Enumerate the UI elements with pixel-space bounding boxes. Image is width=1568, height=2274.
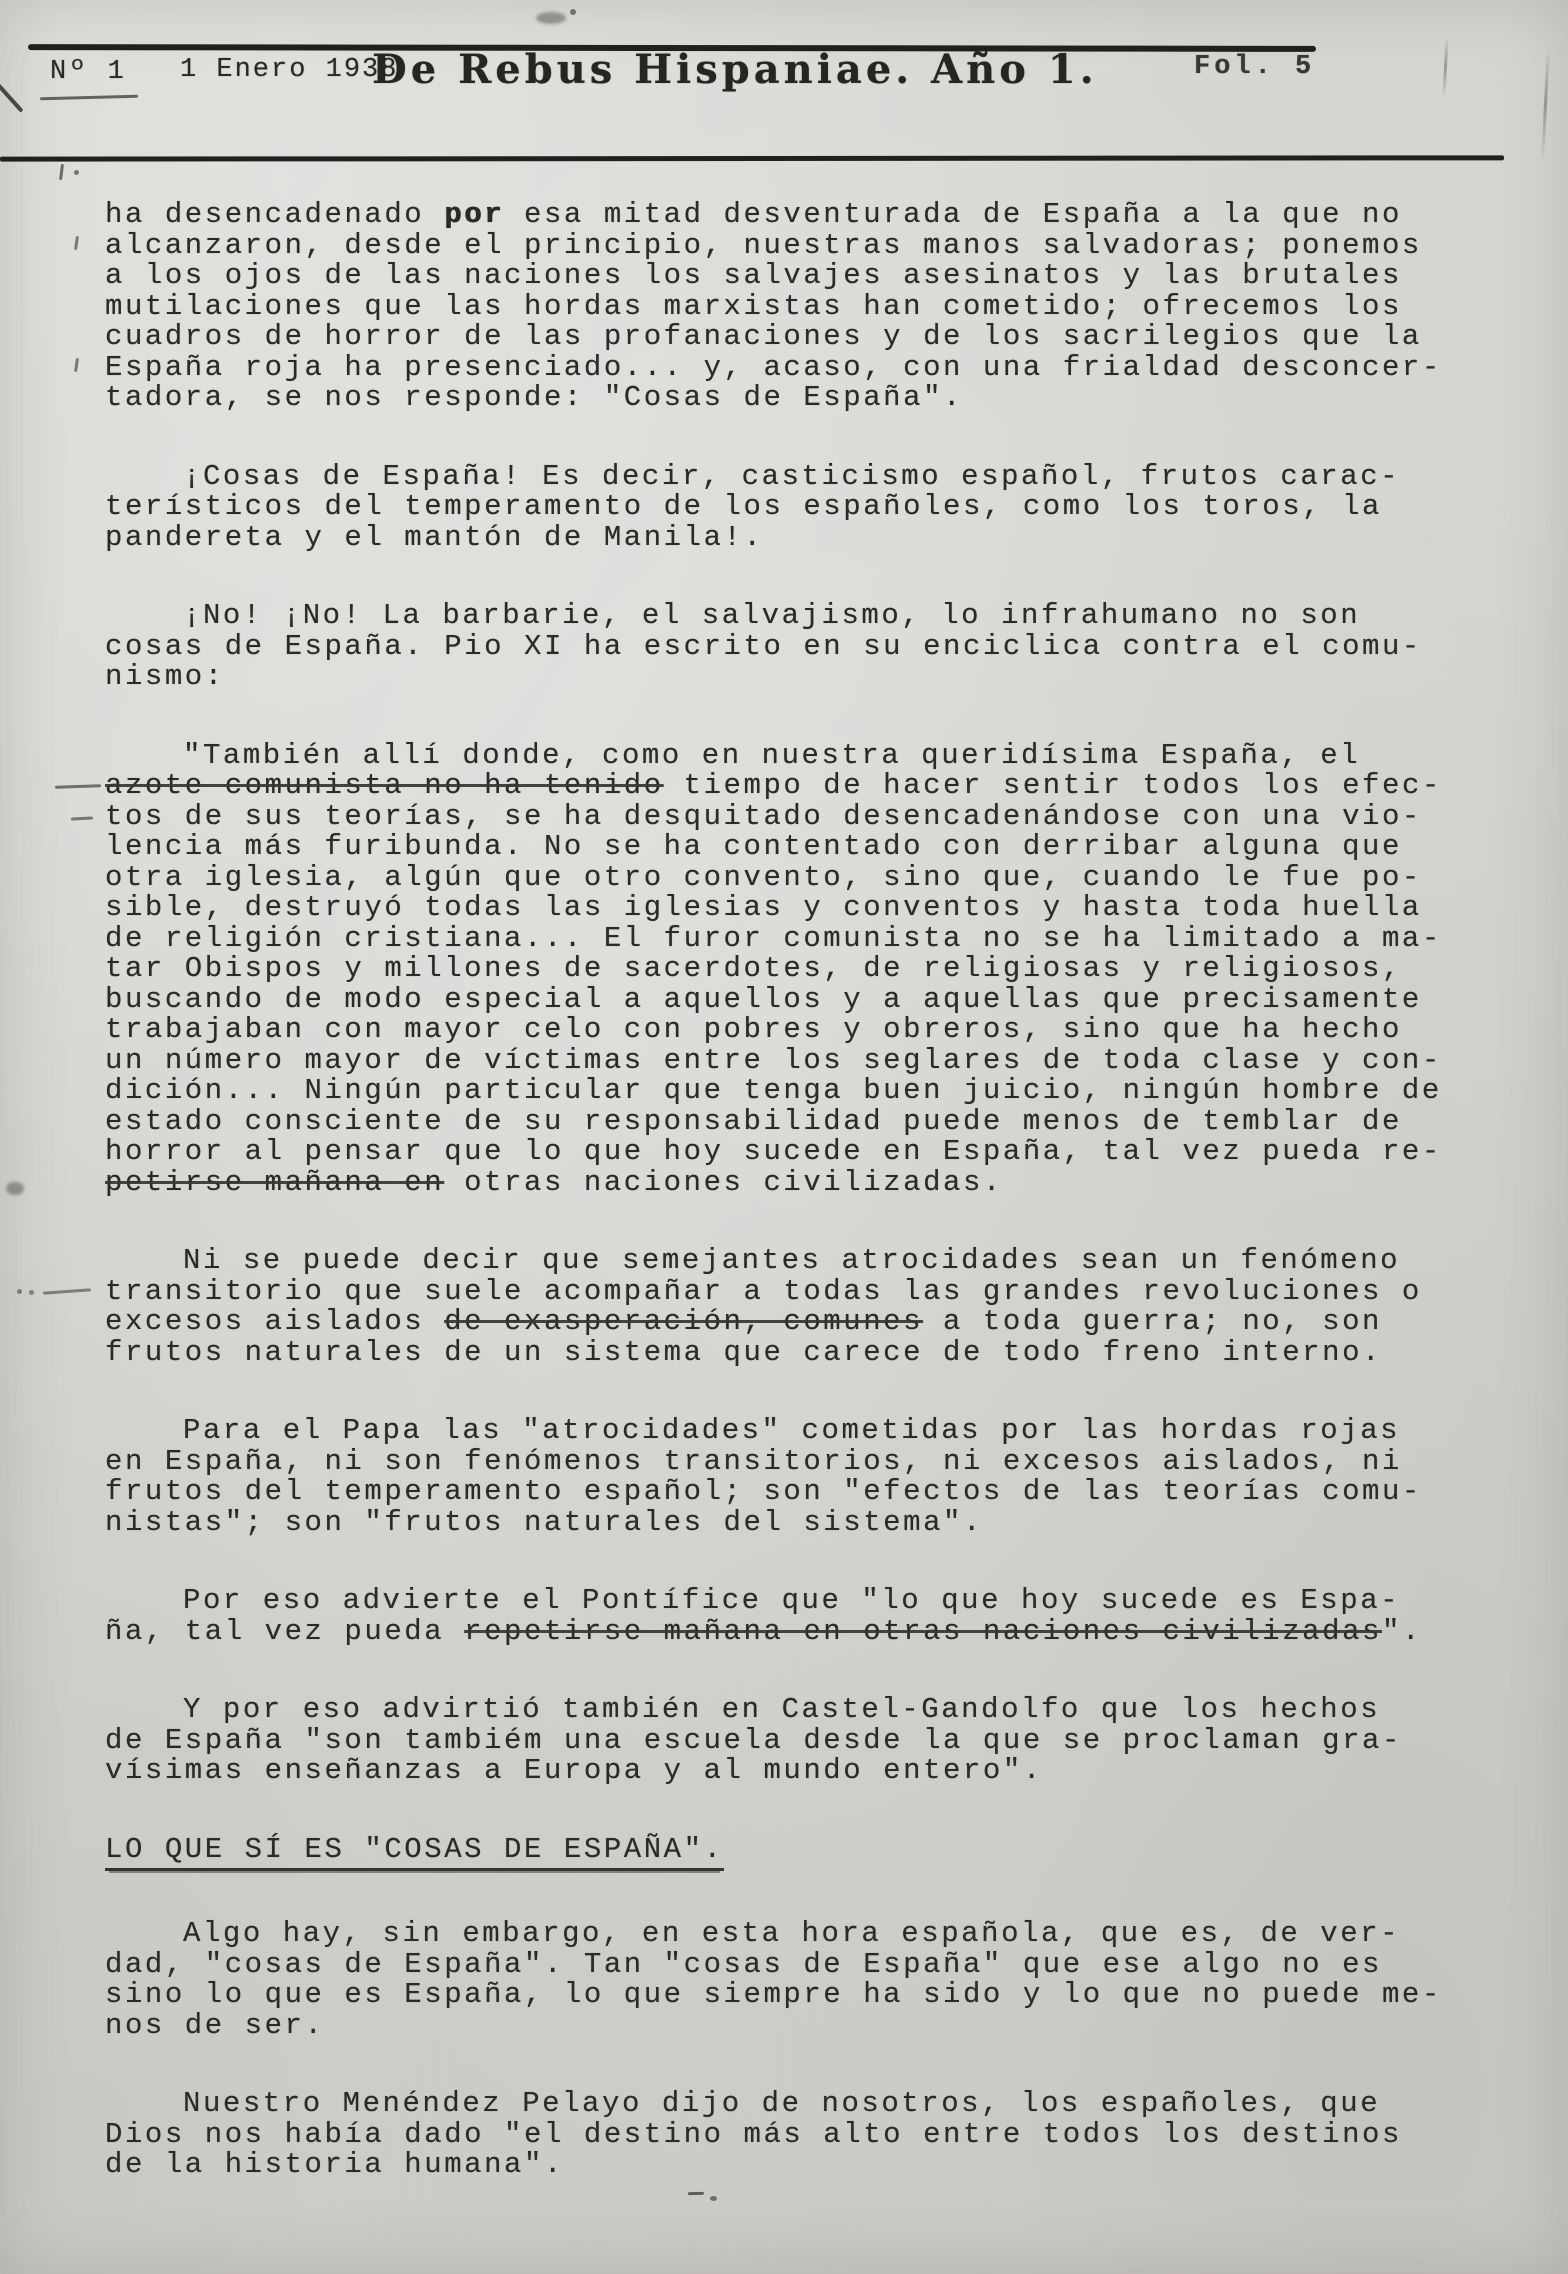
paragraph: Y por eso advirtió también en Castel-Gan… [105, 1695, 1490, 1787]
text-line: Y por eso advirtió también en Castel-Gan… [105, 1695, 1490, 1726]
paragraph: Nuestro Menéndez Pelayo dijo de nosotros… [105, 2089, 1490, 2181]
text-line: dición... Ningún particular que tenga bu… [105, 1076, 1490, 1107]
pencil-mark-crease [1442, 36, 1448, 98]
document-body: ha desencadenado por esa mitad desventur… [105, 200, 1490, 2229]
text-line: ¡Cosas de España! Es decir, casticismo e… [105, 462, 1490, 493]
text-line: de religión cristiana... El furor comuni… [105, 924, 1490, 955]
text-line: tadora, se nos responde: "Cosas de Españ… [105, 383, 1490, 414]
text-line: Ni se puede decir que semejantes atrocid… [105, 1246, 1490, 1277]
text-line: petirse mañana en otras naciones civiliz… [105, 1168, 1490, 1199]
issue-number: Nº 1 [50, 57, 127, 87]
text-line: pandereta y el mantón de Manila!. [105, 523, 1490, 554]
text-line: horror al pensar que lo que hoy sucede e… [105, 1137, 1490, 1168]
text-line: ¡No! ¡No! La barbarie, el salvajismo, lo… [105, 601, 1490, 632]
overinked-text: por [444, 198, 504, 231]
text-line: mutilaciones que las hordas marxistas ha… [105, 292, 1490, 323]
text-line: un número mayor de víctimas entre los se… [105, 1046, 1490, 1077]
pencil-mark-dot [74, 170, 79, 175]
text-line: ha desencadenado por esa mitad desventur… [105, 200, 1490, 231]
pencil-mark-smudge [536, 12, 566, 24]
text-line: en España, ni son fenómenos transitorios… [105, 1447, 1490, 1478]
text-line: transitorio que suele acompañar a todas … [105, 1277, 1490, 1308]
pencil-mark-dot [570, 9, 576, 15]
text-line: cuadros de horror de las profanaciones y… [105, 322, 1490, 353]
text-line: nos de ser. [105, 2011, 1490, 2042]
text-line: "También allí donde, como en nuestra que… [105, 741, 1490, 772]
paragraph: Para el Papa las "atrocidades" cometidas… [105, 1416, 1490, 1538]
paragraph: ha desencadenado por esa mitad desventur… [105, 200, 1490, 414]
folio-number: Fol. 5 [1194, 52, 1315, 82]
issue-date: 1 Enero 1938 [180, 55, 398, 85]
pencil-mark-dot [710, 2196, 717, 2201]
scanned-document-page: Nº 1 1 Enero 1938 De Rebus Hispaniae. Añ… [0, 0, 1568, 2274]
journal-title: De Rebus Hispaniae. Año 1. [372, 46, 1098, 93]
text-line: España roja ha presenciado... y, acaso, … [105, 353, 1490, 384]
text-line: tar Obispos y millones de sacerdotes, de… [105, 954, 1490, 985]
text-line: terísticos del temperamento de los españ… [105, 492, 1490, 523]
text-line: excesos aislados de exasperación, comune… [105, 1307, 1490, 1338]
text-line: Por eso advierte el Pontífice que "lo qu… [105, 1586, 1490, 1617]
text-line: Algo hay, sin embargo, en esta hora espa… [105, 1919, 1490, 1950]
pencil-strikethrough: azote comunista no ha tenido [105, 769, 664, 802]
pencil-mark-tick [59, 164, 64, 180]
pencil-mark-smudge [6, 1182, 24, 1195]
text-line: otra iglesia, algún que otro convento, s… [105, 863, 1490, 894]
paragraph: Algo hay, sin embargo, en esta hora espa… [105, 1919, 1490, 2041]
text-line: Para el Papa las "atrocidades" cometidas… [105, 1416, 1490, 1447]
text-line: LO QUE SÍ ES "COSAS DE ESPAÑA". [105, 1835, 724, 1872]
pencil-strikethrough: petirse mañana en [105, 1166, 444, 1199]
text-line: nistas"; son "frutos naturales del siste… [105, 1508, 1490, 1539]
text-line: trabajaban con mayor celo con pobres y o… [105, 1015, 1490, 1046]
text-line: tos de sus teorías, se ha desquitado des… [105, 802, 1490, 833]
text-line: Dios nos había dado "el destino más alto… [105, 2120, 1490, 2151]
text-line: buscando de modo especial a aquellos y a… [105, 985, 1490, 1016]
paragraph: "También allí donde, como en nuestra que… [105, 741, 1490, 1199]
text-line: sino lo que es España, lo que siempre ha… [105, 1980, 1490, 2011]
text-line: de España "son tambiém una escuela desde… [105, 1726, 1490, 1757]
text-line: cosas de España. Pio XI ha escrito en su… [105, 632, 1490, 663]
paragraph: ¡No! ¡No! La barbarie, el salvajismo, lo… [105, 601, 1490, 693]
text-line: frutos del temperamento español; son "ef… [105, 1477, 1490, 1508]
pencil-mark-dash [40, 95, 138, 101]
text-line: alcanzaron, desde el principio, nuestras… [105, 231, 1490, 262]
paragraph: Ni se puede decir que semejantes atrocid… [105, 1246, 1490, 1368]
text-line: vísimas enseñanzas a Europa y al mundo e… [105, 1756, 1490, 1787]
text-line: dad, "cosas de España". Tan "cosas de Es… [105, 1950, 1490, 1981]
pencil-mark-diag [0, 83, 24, 112]
text-line: a los ojos de las naciones los salvajes … [105, 261, 1490, 292]
pencil-strikethrough: repetirse mañana en otras naciones civil… [464, 1615, 1382, 1648]
pencil-strikethrough: de exasperación, comunes [444, 1305, 923, 1338]
text-line: lencia más furibunda. No se ha contentad… [105, 832, 1490, 863]
paragraph: Por eso advierte el Pontífice que "lo qu… [105, 1586, 1490, 1647]
paragraph: ¡Cosas de España! Es decir, casticismo e… [105, 462, 1490, 554]
text-line: frutos naturales de un sistema que carec… [105, 1338, 1490, 1369]
text-line: Nuestro Menéndez Pelayo dijo de nosotros… [105, 2089, 1490, 2120]
pencil-mark-dash [688, 2192, 704, 2195]
text-line: nismo: [105, 662, 1490, 693]
text-line: estado consciente de su responsabilidad … [105, 1107, 1490, 1138]
pencil-mark-crease [1541, 48, 1550, 160]
text-line: azote comunista no ha tenido tiempo de h… [105, 771, 1490, 802]
section-heading: LO QUE SÍ ES "COSAS DE ESPAÑA". [105, 1835, 1490, 1872]
text-line: ña, tal vez pueda repetirse mañana en ot… [105, 1617, 1490, 1648]
header-rule-bottom [0, 155, 1504, 161]
text-line: de la historia humana". [105, 2150, 1490, 2181]
text-line: sible, destruyó todas las iglesias y con… [105, 893, 1490, 924]
